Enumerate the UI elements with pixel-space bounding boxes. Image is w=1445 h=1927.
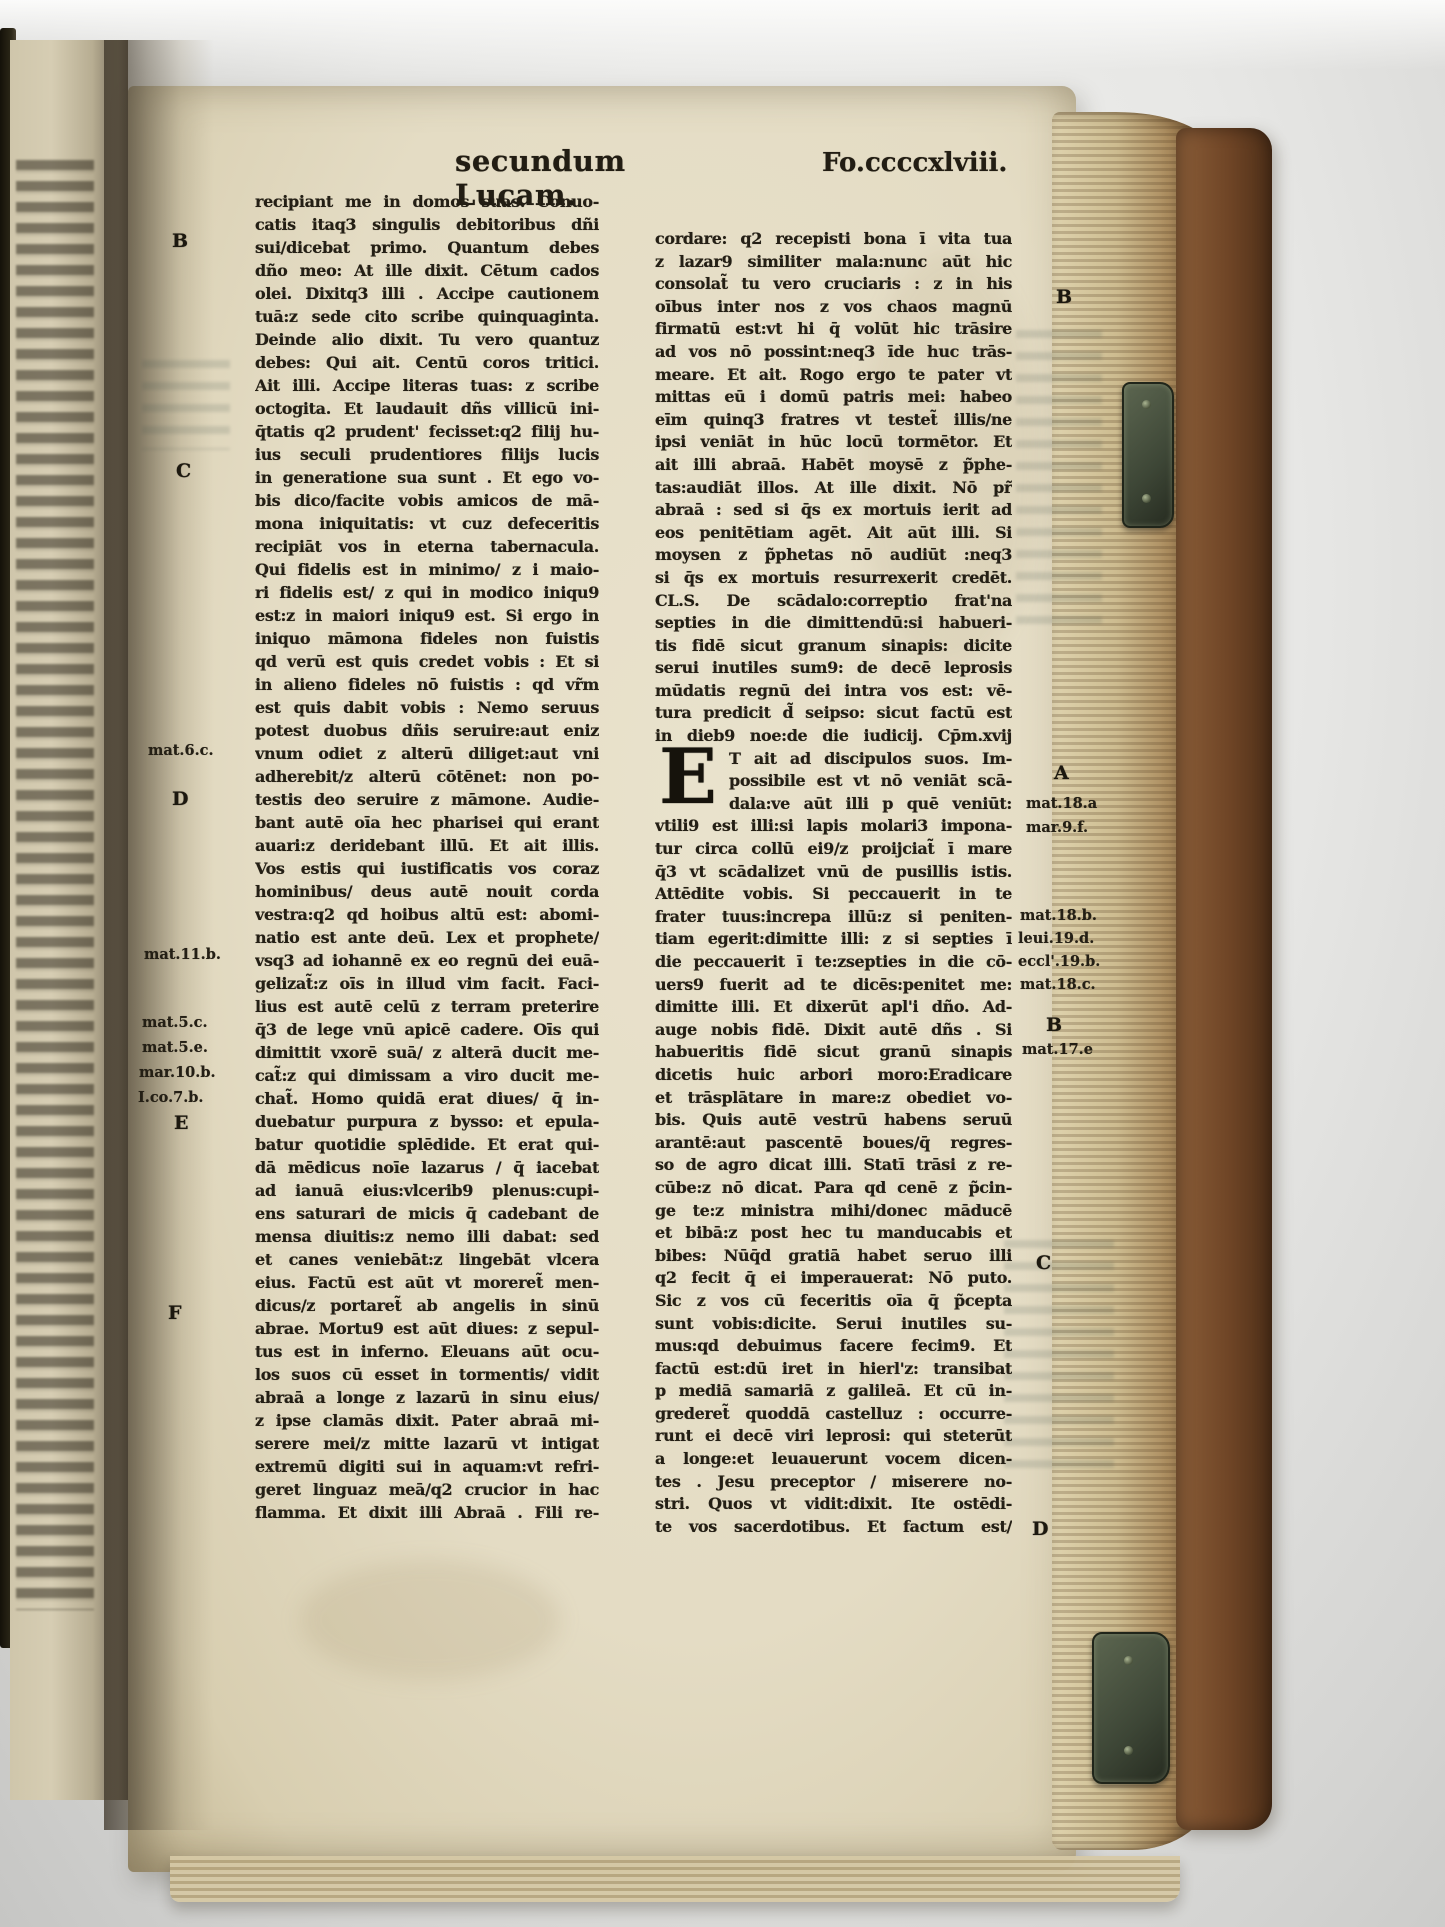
text-column-right: cordare: q2 recepisti bona ī vita tuaz l… (655, 228, 1012, 1538)
text-line: q̄3 de lege vnū apicē cadere. Oīs qui (255, 1018, 599, 1041)
text-line: et canes veniebāt:z lingebāt vlcera (255, 1248, 599, 1271)
section-letter: C (176, 460, 191, 482)
text-line: auari:z deridebant illū. Et ait illis. (255, 834, 599, 857)
margin-ref: mar.9.f. (1026, 819, 1088, 836)
text-line: arantē:aut pascentē boues/q̄ regres- (655, 1132, 1012, 1155)
text-line: olei. Dixitq3 illi . Accipe cautionem (255, 282, 599, 305)
text-line: septies in die dimittendū:si habueri- (655, 612, 1012, 635)
clasp-bottom (1092, 1632, 1170, 1784)
text-line: uers9 fuerit ad te dicēs:penitet me: (655, 974, 1012, 997)
text-line: in generatione sua sunt . Et ego vo- (255, 466, 599, 489)
text-line: serere mei/z mitte lazarū vt intigat (255, 1432, 599, 1455)
text-line: recipiāt vos in eterna tabernacula. (255, 535, 599, 558)
text-line: eos penitētiam agēt. Ait aūt illi. Si (655, 522, 1012, 545)
text-line: recipiant me in domos suas. Conuo- (255, 190, 599, 213)
text-line: mona iniquitatis: vt cuz defeceritis (255, 512, 599, 535)
clasp-rivet (1124, 1656, 1133, 1665)
section-letter: B (172, 230, 188, 252)
text-line: z ipse clamās dixit. Pater abraā mi- (255, 1409, 599, 1432)
text-line: stri. Quos vt vidit:dixit. Ite ostēdi- (655, 1493, 1012, 1516)
text-line: auge nobis fidē. Dixit autē dñs . Si (655, 1019, 1012, 1042)
text-line: z lazar9 similiter mala:nunc aūt hic (655, 251, 1012, 274)
text-line: ait illi abraā. Habēt moysē z p̃phe- (655, 454, 1012, 477)
text-line: sui/dicebat primo. Quantum debes (255, 236, 599, 259)
text-line: dicus/z portaret̃ ab angelis in sinū (255, 1294, 599, 1317)
text-line: abraā : sed si q̄s ex mortuis ierit ad (655, 499, 1012, 522)
text-line: bis dico/facite vobis amicos de mā- (255, 489, 599, 512)
text-line: mensa diuitis:z nemo illi dabat: sed (255, 1225, 599, 1248)
text-line: potest duobus dñis seruire:aut eniz (255, 719, 599, 742)
text-line: bis. Quis autē vestrū habens seruū (655, 1109, 1012, 1132)
text-line: Attēdite vobis. Si peccauerit in te (655, 883, 1012, 906)
margin-ref: mat.18.a (1026, 795, 1097, 812)
text-line: cordare: q2 recepisti bona ī vita tua (655, 228, 1012, 251)
text-line: adherebit/z alterū cōtēnet: non po- (255, 765, 599, 788)
book-photo: secundum Lucam. Fo.ccccxlviii. recipiant… (0, 0, 1445, 1927)
text-line: meare. Et ait. Rogo ergo te pater vt (655, 364, 1012, 387)
text-line: consolat̃ tu vero cruciaris : z in his (655, 273, 1012, 296)
text-line: vsq3 ad iohannē ex eo regnū dei euā- (255, 949, 599, 972)
text-line: in alieno fideles nō fuistis : qd vr̃m (255, 673, 599, 696)
text-line: vnum odiet z alterū diliget:aut vni (255, 742, 599, 765)
text-line: sunt vobis:dicite. Serui inutiles su- (655, 1313, 1012, 1336)
text-line: debes: Qui ait. Centū coros tritici. (255, 351, 599, 374)
text-line: q2 fecit q̄ ei imperauerat: Nō puto. (655, 1267, 1012, 1290)
folio-number: Fo.ccccxlviii. (822, 148, 1032, 178)
text-line: qd verū est quis credet vobis : Et si (255, 650, 599, 673)
text-line: lius est autē celū z terram preterire (255, 995, 599, 1018)
show-through-text (142, 360, 230, 450)
text-line: tas:audiāt illos. At ille dixit. Nō pr̃ (655, 477, 1012, 500)
text-column-left: recipiant me in domos suas. Conuo-catis … (255, 190, 599, 1524)
margin-ref: mat.6.c. (148, 742, 214, 759)
text-line: frater tuus:increpa illū:z si peniten- (655, 906, 1012, 929)
text-line: dicetis huic arbori moro:Eradicare (655, 1064, 1012, 1087)
text-line: mūdatis regnū dei intra vos est: vē- (655, 680, 1012, 703)
text-line: cūbe:z nō dicat. Para qd cenē z p̃cin- (655, 1177, 1012, 1200)
text-line: et trāsplātare in mare:z obediet vo- (655, 1087, 1012, 1110)
section-letter: C (1036, 1252, 1051, 1274)
text-line: mittas eū i domū patris mei: habeo (655, 386, 1012, 409)
text-line: te vos sacerdotibus. Et factum est/ (655, 1516, 1012, 1539)
text-line: so de agro dicat illi. Statī trāsi z re- (655, 1154, 1012, 1177)
text-line: serui inutiles sum9: de decē leprosis (655, 657, 1012, 680)
text-line: et bibā:z post hec tu manducabis et (655, 1222, 1012, 1245)
text-line: Ait illi. Accipe literas tuas: z scribe (255, 374, 599, 397)
text-line: hominibus/ deus autē nouit corda (255, 880, 599, 903)
text-line: eīm quinq3 fratres vt testet̃ illis/ne (655, 409, 1012, 432)
clasp-rivet (1142, 400, 1151, 409)
paper-stain (300, 1560, 560, 1680)
section-letter: B (1056, 286, 1072, 308)
text-line: tiam egerit:dimitte illi: z si septies ī (655, 928, 1012, 951)
facing-page-text-blur (16, 160, 94, 1610)
text-line: Sic z vos cū feceritis oīa q̄ p̃cepta (655, 1290, 1012, 1313)
text-line: flamma. Et dixit illi Abraā . Fili re- (255, 1501, 599, 1524)
text-line: est:z in maiori iniqu9 est. Si ergo in (255, 604, 599, 627)
text-line: ipsi veniāt in hūc locū tormētor. Et (655, 431, 1012, 454)
text-line: dño meo: At ille dixit. Cētum cados (255, 259, 599, 282)
margin-ref: mat.18.c. (1020, 976, 1096, 993)
text-line: est quis dabit vobis : Nemo seruus (255, 696, 599, 719)
text-line: ad vos nō possint:neq3 īde huc trās- (655, 341, 1012, 364)
text-line: CL.S. De scādalo:correptio frat'na (655, 590, 1012, 613)
text-line: q̄tatis q2 prudent' fecisset:q2 filij hu… (255, 420, 599, 443)
text-line: tis fidē sicut granum sinapis: dicite (655, 635, 1012, 658)
clasp-rivet (1142, 494, 1151, 503)
text-line: vestra:q2 qd hoibus altū est: abomi- (255, 903, 599, 926)
text-line: duebatur purpura z bysso: et epula- (255, 1110, 599, 1133)
text-line: Vos estis qui iustificatis vos coraz (255, 857, 599, 880)
section-letter: D (172, 788, 188, 810)
clasp-rivet (1124, 1746, 1133, 1755)
text-line: octogita. Et laudauit dñs villicū ini- (255, 397, 599, 420)
clasp-top (1122, 382, 1174, 528)
text-line: q̄3 vt scādalizet vnū de pusillis istis. (655, 861, 1012, 884)
text-line: grederet̃ quoddā castelluz : occurre- (655, 1403, 1012, 1426)
text-line: batur quotidie splēdide. Et erat qui- (255, 1133, 599, 1156)
margin-ref: eccl'.19.b. (1018, 953, 1100, 970)
text-line: si q̄s ex mortuis resurrexerit credēt. (655, 567, 1012, 590)
margin-ref: leui.19.d. (1018, 930, 1094, 947)
text-line: abraā a longe z lazarū in sinu eius/ (255, 1386, 599, 1409)
text-line: habueritis fidē sicut granū sinapis (655, 1041, 1012, 1064)
margin-ref: mat.5.c. (142, 1014, 208, 1031)
text-line: p mediā samariā z galileā. Et cū in- (655, 1380, 1012, 1403)
text-line: eius. Factū est aūt vt moreret̃ men- (255, 1271, 599, 1294)
text-line: oībus inter nos z vos chaos magnū (655, 296, 1012, 319)
text-line: gelizat̃:z oīs in illud vim facit. Faci- (255, 972, 599, 995)
text-line: ens saturari de micis q̄ cadebant de (255, 1202, 599, 1225)
text-line: dimitte illi. Et dixerūt apl'i dño. Ad- (655, 996, 1012, 1019)
section-letter: F (168, 1302, 182, 1324)
text-line: ius seculi prudentiores filijs lucis (255, 443, 599, 466)
text-line: bibes: Nūq̄d gratiā habet seruo illi (655, 1245, 1012, 1268)
text-line: chat̃. Homo quidā erat diues/ q̄ in- (255, 1087, 599, 1110)
text-line: firmatū est:vt hi q̄ volūt hic trāsire (655, 318, 1012, 341)
text-line: extremū digiti sui in aquam:vt refri- (255, 1455, 599, 1478)
text-line: geret linguaz meā/q2 crucior in hac (255, 1478, 599, 1501)
text-line: cat̃:z qui dimissam a viro ducit me- (255, 1064, 599, 1087)
text-line: runt ei decē viri leprosi: qui steterūt (655, 1425, 1012, 1448)
leather-cover-edge (1176, 128, 1272, 1830)
text-line: testis deo seruire z māmone. Audie- (255, 788, 599, 811)
text-line: a longe:et leuauerunt vocem dicen- (655, 1448, 1012, 1471)
margin-ref: mat.11.b. (144, 946, 221, 963)
show-through-text (1004, 1240, 1114, 1470)
text-line: ge te:z ministra mihi/donec māducē (655, 1200, 1012, 1223)
section-letter: E (174, 1112, 188, 1134)
text-line: ri fidelis est/ z qui in modico iniqu9 (255, 581, 599, 604)
margin-ref: mar.10.b. (139, 1064, 216, 1081)
text-line: tura predicit d̃ seipso: sicut factū est (655, 702, 1012, 725)
section-letter: D (1032, 1518, 1048, 1540)
section-letter: B (1046, 1014, 1062, 1036)
text-line: tus est in inferno. Eleuans aūt ocu- (255, 1340, 599, 1363)
page-gutter-shadow (104, 40, 214, 1830)
text-line: abrae. Mortu9 est aūt diues: z sepul- (255, 1317, 599, 1340)
text-line: dā mēdicus noīe lazarus / q̄ iacebat (255, 1156, 599, 1179)
text-line: iniquo māmona fideles non fuistis (255, 627, 599, 650)
text-line: ad ianuā eius:vlcerib9 plenus:cupi- (255, 1179, 599, 1202)
margin-ref: mat.5.e. (142, 1039, 208, 1056)
text-line: Deinde alio dixit. Tu vero quantuz (255, 328, 599, 351)
text-line: factū est:dū iret in hierl'z: transibat (655, 1358, 1012, 1381)
text-line: mus:qd debuimus facere fecim9. Et (655, 1335, 1012, 1358)
text-line: tes . Jesu preceptor / miserere no- (655, 1471, 1012, 1494)
text-line: los suos cū esset in tormentis/ vidit (255, 1363, 599, 1386)
text-line: Qui fidelis est in minimo/ z i maio- (255, 558, 599, 581)
bottom-page-edges (170, 1856, 1180, 1902)
text-line: tuā:z sede cito scribe quinquaginta. (255, 305, 599, 328)
text-line: natio est ante deū. Lex et prophete/ (255, 926, 599, 949)
text-line: die peccauerit ī te:zsepties in die cō- (655, 951, 1012, 974)
text-line: moysen z p̃phetas nō audiūt :neq3 (655, 544, 1012, 567)
text-line: dimittit vxorē suā/ z alterā ducit me- (255, 1041, 599, 1064)
text-line: tur circa collū ei9/z proijciat̃ ī mare (655, 838, 1012, 861)
margin-ref: I.co.7.b. (138, 1089, 203, 1106)
text-line: bant autē oīa hec pharisei qui erant (255, 811, 599, 834)
text-line: catis itaq3 singulis debitoribus dñi (255, 213, 599, 236)
margin-ref: mat.17.e (1022, 1041, 1093, 1058)
margin-ref: mat.18.b. (1020, 907, 1097, 924)
chapter-dropcap-initial: E (652, 744, 724, 816)
section-letter: A (1054, 762, 1069, 784)
